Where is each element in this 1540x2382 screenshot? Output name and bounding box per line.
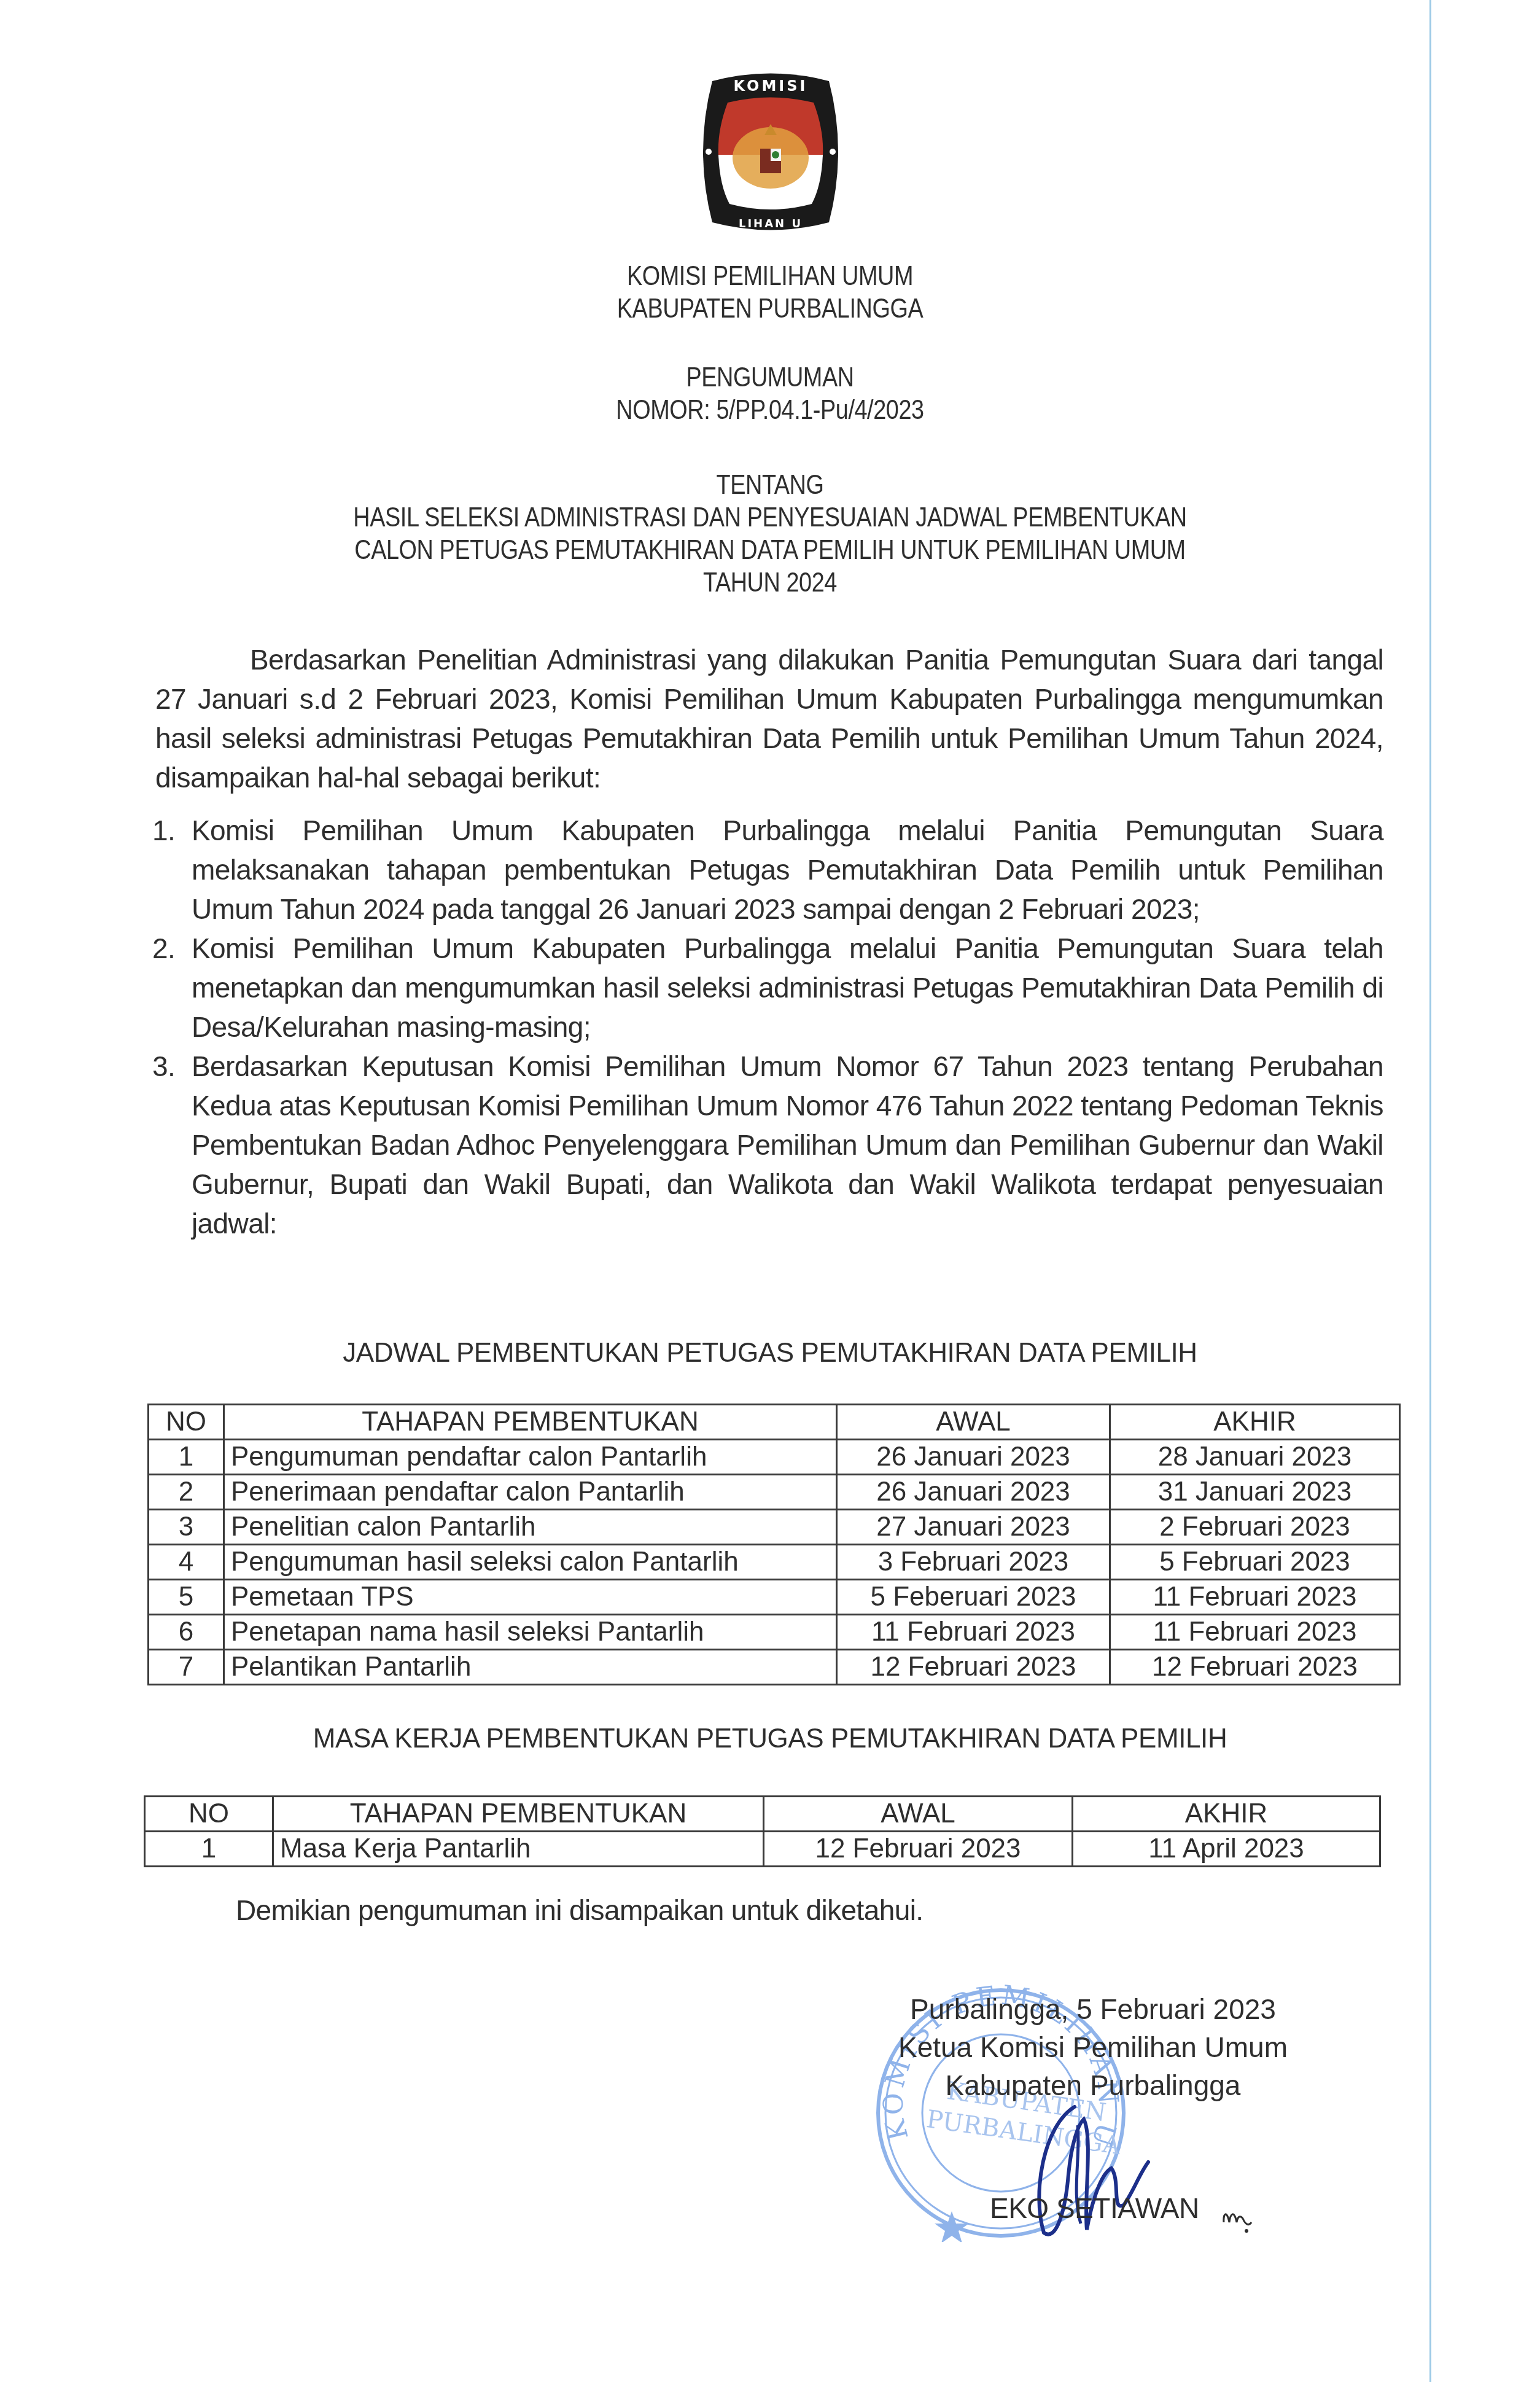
table-header-row: NO TAHAPAN PEMBENTUKAN AWAL AKHIR	[149, 1405, 1400, 1440]
cell-end: 12 Februari 2023	[1110, 1650, 1400, 1685]
table-row: 7Pelantikan Pantarlih12 Februari 202312 …	[149, 1650, 1400, 1685]
cell-end: 11 April 2023	[1073, 1832, 1380, 1867]
page-edge-line	[1429, 0, 1431, 2382]
list-number: 3.	[152, 1047, 175, 1086]
cell-end: 11 Februari 2023	[1110, 1580, 1400, 1615]
column-header-start: AWAL	[764, 1797, 1073, 1832]
signer-name: EKO SETIAWAN	[990, 2190, 1199, 2227]
document-type: PENGUMUMAN	[108, 362, 1433, 393]
svg-text:LIHAN U: LIHAN U	[739, 217, 803, 230]
cell-end: 31 Januari 2023	[1110, 1475, 1400, 1510]
cell-no: 5	[149, 1580, 224, 1615]
column-header-stage: TAHAPAN PEMBENTUKAN	[224, 1405, 837, 1440]
table-row: 6Penetapan nama hasil seleksi Pantarlih1…	[149, 1615, 1400, 1650]
table-row: 2Penerimaan pendaftar calon Pantarlih26 …	[149, 1475, 1400, 1510]
cell-end: 11 Februari 2023	[1110, 1615, 1400, 1650]
table-row: 1Masa Kerja Pantarlih12 Februari 202311 …	[145, 1832, 1380, 1867]
cell-end: 2 Februari 2023	[1110, 1510, 1400, 1545]
column-header-end: AKHIR	[1110, 1405, 1400, 1440]
intro-paragraph: Berdasarkan Penelitian Administrasi yang…	[155, 640, 1383, 797]
cell-stage: Pelantikan Pantarlih	[224, 1650, 837, 1685]
cell-start: 3 Februari 2023	[837, 1545, 1110, 1580]
list-text: Komisi Pemilihan Umum Kabupaten Purbalin…	[192, 932, 1383, 1043]
cell-start: 26 Januari 2023	[837, 1440, 1110, 1475]
work-period-table: NO TAHAPAN PEMBENTUKAN AWAL AKHIR 1Masa …	[144, 1795, 1381, 1867]
points-list: 1.Komisi Pemilihan Umum Kabupaten Purbal…	[152, 811, 1383, 1243]
place-date: Purbalingga, 5 Februari 2023	[847, 1990, 1339, 2028]
cell-no: 2	[149, 1475, 224, 1510]
cell-stage: Pemetaan TPS	[224, 1580, 837, 1615]
cell-start: 11 Februari 2023	[837, 1615, 1110, 1650]
table-row: 5Pemetaan TPS5 Feberuari 202311 Februari…	[149, 1580, 1400, 1615]
signer-position-line-1: Ketua Komisi Pemilihan Umum	[847, 2028, 1339, 2066]
cell-stage: Penerimaan pendaftar calon Pantarlih	[224, 1475, 837, 1510]
schedule-table-title: JADWAL PEMBENTUKAN PETUGAS PEMUTAKHIRAN …	[0, 1338, 1540, 1369]
list-item: 2.Komisi Pemilihan Umum Kabupaten Purbal…	[152, 929, 1383, 1047]
signer-position-line-2: Kabupaten Purbalingga	[847, 2066, 1339, 2104]
cell-start: 27 Januari 2023	[837, 1510, 1110, 1545]
cell-end: 5 Februari 2023	[1110, 1545, 1400, 1580]
document-number: NOMOR: 5/PP.04.1-Pu/4/2023	[108, 395, 1433, 426]
closing-statement: Demikian pengumuman ini disampaikan untu…	[236, 1892, 923, 1929]
cell-stage: Penelitian calon Pantarlih	[224, 1510, 837, 1545]
table-row: 4Pengumuman hasil seleksi calon Pantarli…	[149, 1545, 1400, 1580]
list-item: 3.Berdasarkan Keputusan Komisi Pemilihan…	[152, 1047, 1383, 1243]
cell-no: 4	[149, 1545, 224, 1580]
list-item: 1.Komisi Pemilihan Umum Kabupaten Purbal…	[152, 811, 1383, 929]
column-header-no: NO	[145, 1797, 273, 1832]
list-number: 2.	[152, 929, 175, 968]
column-header-end: AKHIR	[1073, 1797, 1380, 1832]
about-title-line-3: TAHUN 2024	[108, 568, 1433, 598]
about-title-line-2: CALON PETUGAS PEMUTAKHIRAN DATA PEMILIH …	[108, 535, 1433, 566]
table-header-row: NO TAHAPAN PEMBENTUKAN AWAL AKHIR	[145, 1797, 1380, 1832]
cell-stage: Pengumuman hasil seleksi calon Pantarlih	[224, 1545, 837, 1580]
table-row: 3Penelitian calon Pantarlih27 Januari 20…	[149, 1510, 1400, 1545]
work-period-table-title: MASA KERJA PEMBENTUKAN PETUGAS PEMUTAKHI…	[0, 1724, 1540, 1754]
cell-stage: Penetapan nama hasil seleksi Pantarlih	[224, 1615, 837, 1650]
cell-no: 1	[149, 1440, 224, 1475]
cell-start: 12 Februari 2023	[837, 1650, 1110, 1685]
cell-no: 6	[149, 1615, 224, 1650]
column-header-stage: TAHAPAN PEMBENTUKAN	[273, 1797, 764, 1832]
cell-start: 12 Februari 2023	[764, 1832, 1073, 1867]
list-text: Komisi Pemilihan Umum Kabupaten Purbalin…	[192, 814, 1383, 925]
cell-no: 1	[145, 1832, 273, 1867]
cell-no: 7	[149, 1650, 224, 1685]
about-title-line-1: HASIL SELEKSI ADMINISTRASI DAN PENYESUAI…	[108, 502, 1433, 533]
cell-start: 26 Januari 2023	[837, 1475, 1110, 1510]
cell-end: 28 Januari 2023	[1110, 1440, 1400, 1475]
column-header-start: AWAL	[837, 1405, 1110, 1440]
table-row: 1Pengumuman pendaftar calon Pantarlih26 …	[149, 1440, 1400, 1475]
cell-stage: Pengumuman pendaftar calon Pantarlih	[224, 1440, 837, 1475]
column-header-no: NO	[149, 1405, 224, 1440]
intro-text: Berdasarkan Penelitian Administrasi yang…	[155, 644, 1383, 794]
list-text: Berdasarkan Keputusan Komisi Pemilihan U…	[192, 1050, 1383, 1240]
svg-text:KOMISI: KOMISI	[734, 77, 808, 95]
list-number: 1.	[152, 811, 175, 850]
institution-region: KABUPATEN PURBALINGGA	[108, 294, 1433, 324]
schedule-table: NO TAHAPAN PEMBENTUKAN AWAL AKHIR 1Pengu…	[147, 1404, 1401, 1685]
initial-mark-icon	[1222, 2198, 1253, 2235]
cell-no: 3	[149, 1510, 224, 1545]
about-label: TENTANG	[108, 470, 1433, 501]
cell-stage: Masa Kerja Pantarlih	[273, 1832, 764, 1867]
institution-name: KOMISI PEMILIHAN UMUM	[108, 261, 1433, 292]
cell-start: 5 Feberuari 2023	[837, 1580, 1110, 1615]
kpu-logo-icon: KOMISI LIHAN U	[694, 69, 847, 235]
